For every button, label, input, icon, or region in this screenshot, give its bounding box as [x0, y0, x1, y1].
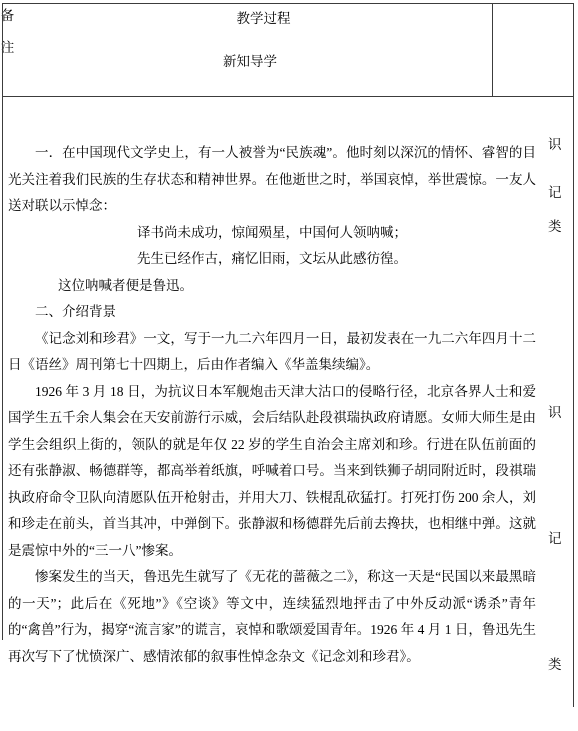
background-paragraph-3: 惨案发生的当天，鲁迅先生就写了《无花的蔷薇之二》，称这一天是“民国以来最黑暗的一…	[8, 564, 536, 670]
margin-note-char: 记	[548, 532, 562, 546]
table-outer-left-border	[2, 3, 3, 640]
margin-note-char: 类	[548, 220, 562, 234]
margin-note-char: 类	[548, 658, 562, 672]
lesson-body: 一．在中国现代文学史上，有一人被誉为“民族魂”。他时刻以深沉的情怀、睿智的目光关…	[8, 140, 536, 670]
background-paragraph-2: 1926 年 3 月 18 日，为抗议日本军舰炮击天津大沽口的侵略行径，北京各界…	[8, 379, 536, 565]
intro-paragraph: 一．在中国现代文学史上，有一人被誉为“民族魂”。他时刻以深沉的情怀、睿智的目光关…	[8, 140, 536, 220]
section-heading: 二、介绍背景	[8, 299, 536, 326]
couplet-conclusion: 这位呐喊者便是鲁迅。	[8, 273, 536, 300]
header-row-divider	[2, 96, 574, 97]
margin-note-char: 识	[548, 406, 562, 420]
page-title: 教学过程	[0, 12, 527, 26]
couplet-line-1: 译书尚未成功，惊闻殒星，中国何人领呐喊；	[8, 220, 536, 247]
couplet-line-2: 先生已经作古，痛忆旧雨，文坛从此感彷徨。	[8, 246, 536, 273]
table-outer-right-border	[573, 3, 574, 707]
margin-note-char: 记	[548, 186, 562, 200]
table-outer-top-border	[2, 3, 574, 4]
document-page: 教学过程 新知导学 备注 识 记 类 识 记 类 一．在中国现代文学史上，有一人…	[0, 0, 578, 731]
background-paragraph-1: 《记念刘和珍君》一文，写于一九二六年四月一日，最初发表在一九二六年四月十二日《语…	[8, 326, 536, 379]
section-subtitle: 新知导学	[0, 55, 500, 69]
margin-note-char: 识	[548, 138, 562, 152]
